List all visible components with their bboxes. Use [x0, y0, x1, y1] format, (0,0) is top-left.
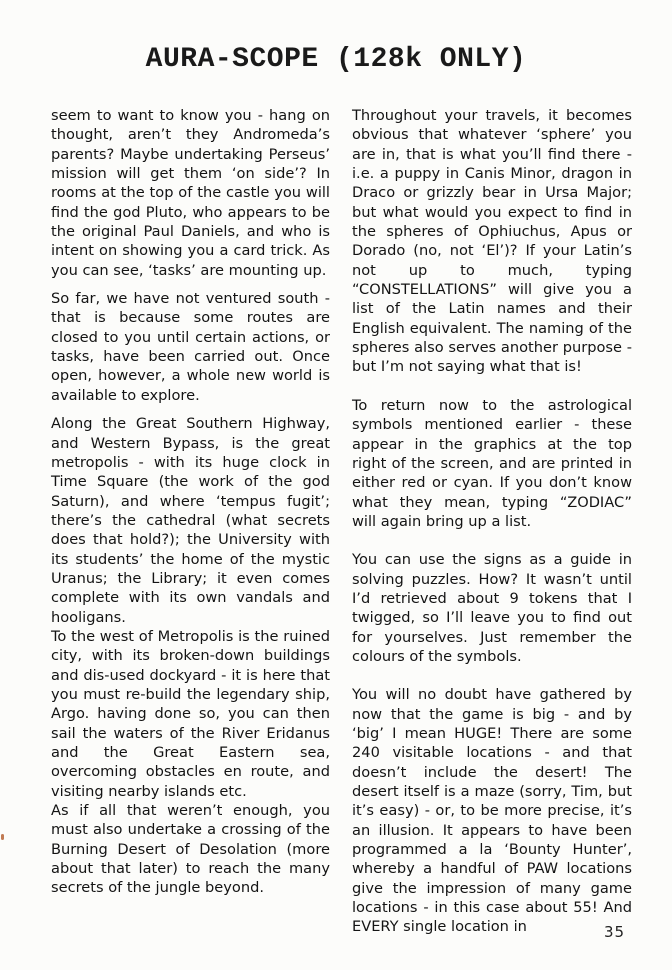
magazine-page: AURA-SCOPE (128k ONLY) seem to want to k… [0, 0, 672, 970]
paragraph-metropolis: Along the Great Southern Highway, and We… [51, 414, 330, 627]
paragraph-game-size: You will no doubt have gathered by now t… [352, 685, 632, 936]
margin-mark [1, 834, 4, 840]
paragraph-south: So far, we have not ventured south - tha… [51, 289, 330, 405]
paragraph-spheres: Throughout your travels, it becomes obvi… [352, 106, 632, 377]
right-column: Throughout your travels, it becomes obvi… [352, 106, 632, 937]
article-title: AURA-SCOPE (128k ONLY) [0, 44, 672, 75]
paragraph-astrological-symbols: To return now to the astrological symbol… [352, 396, 632, 531]
left-column: seem to want to know you - hang on thoug… [51, 106, 330, 898]
paragraph-ruined-city: To the west of Metropolis is the ruined … [51, 627, 330, 801]
paragraph-castle: seem to want to know you - hang on thoug… [51, 106, 330, 280]
paragraph-desert: As if all that weren’t enough, you must … [51, 801, 330, 898]
paragraph-signs-guide: You can use the signs as a guide in solv… [352, 550, 632, 666]
page-number: 35 [604, 923, 625, 941]
